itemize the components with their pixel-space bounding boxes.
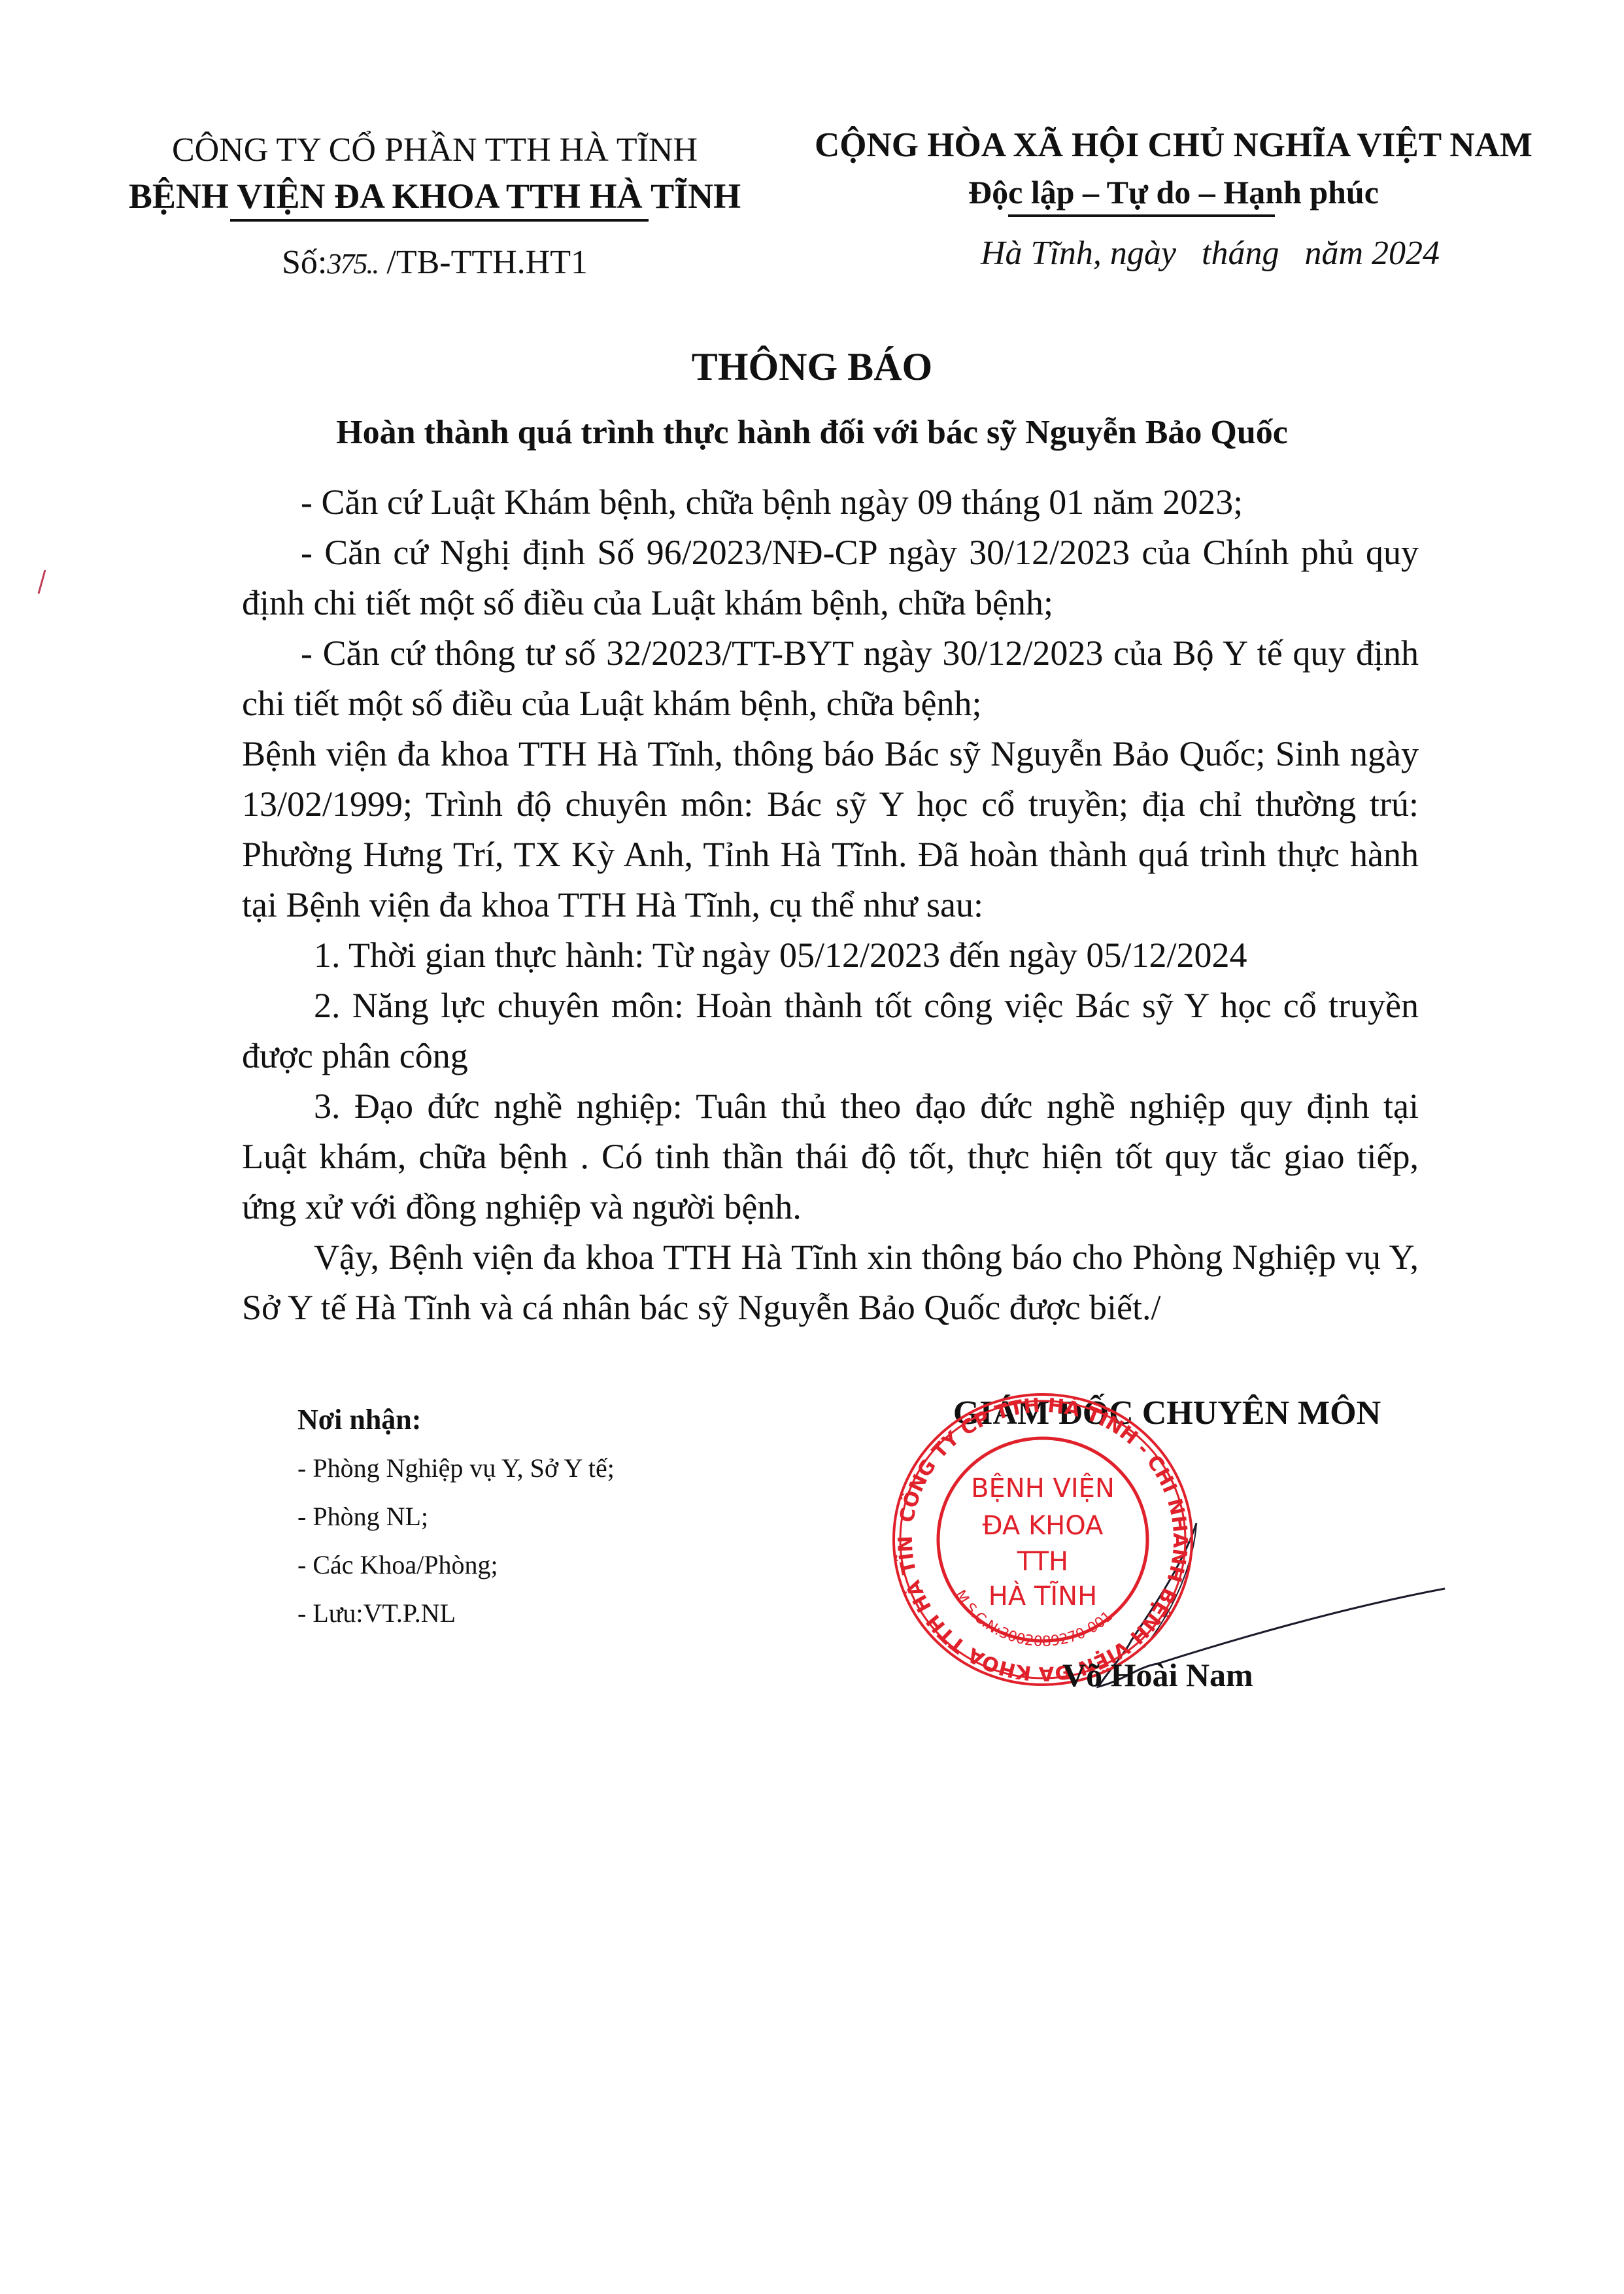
conclusion-paragraph: Vậy, Bệnh viện đa khoa TTH Hà Tĩnh xin t…: [242, 1232, 1419, 1333]
item-practice-period: 1. Thời gian thực hành: Từ ngày 05/12/20…: [242, 930, 1419, 981]
scan-mark: [36, 569, 48, 595]
stamp-line-4: HÀ TĨNH: [989, 1580, 1097, 1611]
document-title: THÔNG BÁO: [0, 343, 1624, 390]
document-subtitle: Hoàn thành quá trình thực hành đối với b…: [0, 412, 1624, 454]
hospital-name: BỆNH VIỆN ĐA KHOA TTH HÀ TĨNH: [98, 175, 771, 217]
official-stamp: CÔNG TY CP TTH HÀ TĨNH - CHI NHÁNH BỆNH …: [889, 1389, 1196, 1690]
document-number: Số:375.. /TB-TTH.HT1: [98, 242, 771, 285]
stamp-line-2: ĐA KHOA: [983, 1511, 1104, 1541]
header-right-underline: [1008, 214, 1275, 217]
document-number-suffix: /TB-TTH.HT1: [378, 244, 588, 281]
item-professional-competence: 2. Năng lực chuyên môn: Hoàn thành tốt c…: [242, 981, 1419, 1081]
national-title: CỘNG HÒA XÃ HỘI CHỦ NGHĨA VIỆT NAM: [771, 124, 1576, 166]
legal-basis-1: - Căn cứ Luật Khám bệnh, chữa bệnh ngày …: [242, 477, 1419, 528]
recipient-item: - Phòng NL;: [297, 1493, 615, 1541]
legal-basis-3: - Căn cứ thông tư số 32/2023/TT-BYT ngày…: [242, 628, 1419, 729]
intro-paragraph: Bệnh viện đa khoa TTH Hà Tĩnh, thông báo…: [242, 729, 1419, 930]
signer-name: Võ Hoài Nam: [1062, 1654, 1253, 1696]
item-professional-ethics: 3. Đạo đức nghề nghiệp: Tuân thủ theo đạ…: [242, 1081, 1419, 1232]
header-left-underline: [230, 219, 649, 222]
stamp-line-3: TTH: [1017, 1547, 1068, 1577]
company-name: CÔNG TY CỔ PHẦN TTH HÀ TĨNH: [98, 129, 771, 171]
recipient-item: - Các Khoa/Phòng;: [297, 1541, 615, 1589]
recipients-block: Nơi nhận: - Phòng Nghiệp vụ Y, Sở Y tế; …: [297, 1396, 615, 1638]
legal-basis-2: - Căn cứ Nghị định Số 96/2023/NĐ-CP ngày…: [242, 528, 1419, 628]
national-motto: Độc lập – Tự do – Hạnh phúc: [771, 171, 1576, 213]
recipient-item: - Lưu:VT.P.NL: [297, 1589, 615, 1638]
document-number-handwritten: 375..: [327, 248, 378, 280]
document-number-prefix: Số:: [282, 244, 327, 281]
place-date: Hà Tĩnh, ngày tháng năm 2024: [981, 233, 1440, 275]
recipients-label: Nơi nhận:: [297, 1396, 615, 1444]
stamp-line-1: BỆNH VIỆN: [971, 1472, 1115, 1504]
document-body: - Căn cứ Luật Khám bệnh, chữa bệnh ngày …: [242, 477, 1419, 1333]
recipient-item: - Phòng Nghiệp vụ Y, Sở Y tế;: [297, 1444, 615, 1493]
